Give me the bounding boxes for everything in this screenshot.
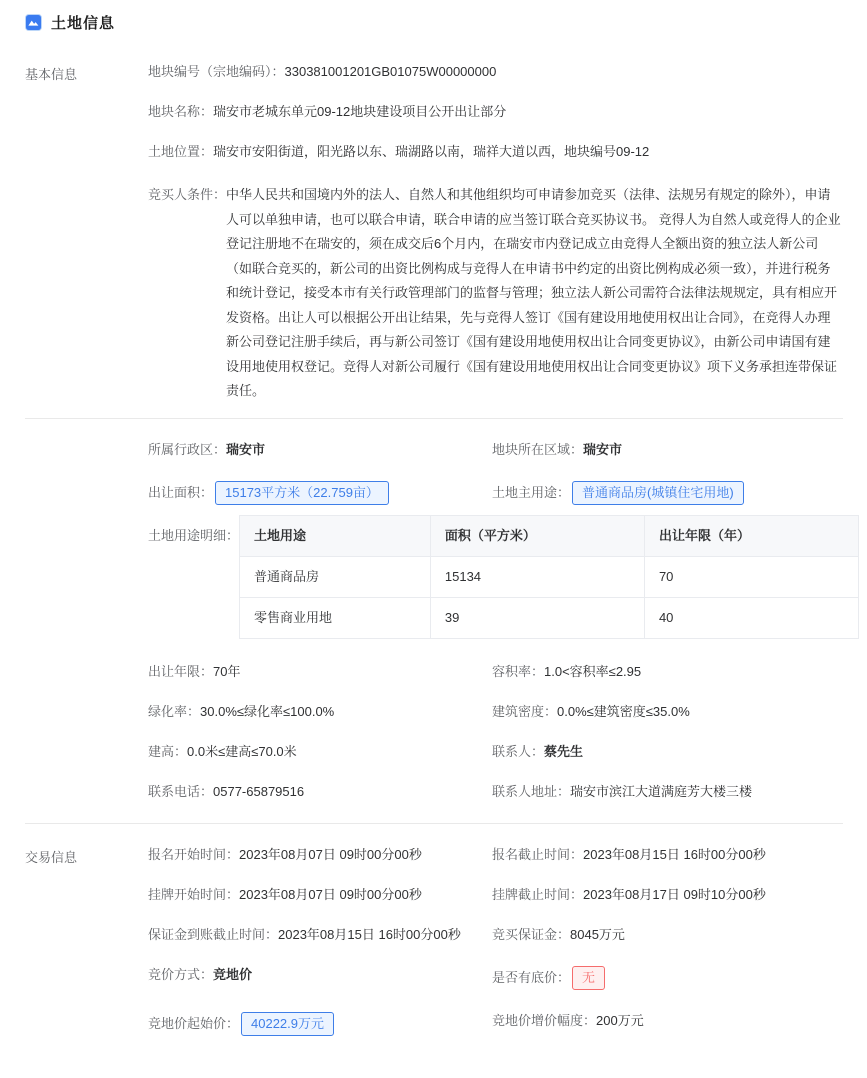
field-value: 2023年08月17日 09时10分00秒	[583, 886, 766, 904]
field-value: 330381001201GB01075W00000000	[285, 63, 497, 81]
field-label: 联系电话：	[148, 783, 213, 801]
field-reserve-price: 是否有底价： 无	[492, 966, 843, 990]
field-row: 建高： 0.0米≤建高≤70.0米 联系人： 蔡先生	[148, 743, 843, 761]
field-label: 竞买保证金：	[492, 926, 570, 944]
cell-area: 39	[430, 597, 644, 638]
section-label-spacer	[25, 441, 148, 823]
field-label: 是否有底价：	[492, 969, 570, 987]
field-value: 瑞安市安阳街道，阳光路以东、瑞湖路以南，瑞祥大道以西，地块编号09-12	[213, 143, 649, 161]
field-label: 土地主用途：	[492, 484, 570, 502]
field-value: 70年	[213, 663, 240, 681]
field-label: 保证金到账截止时间：	[148, 926, 278, 944]
field-parcel-name: 地块名称： 瑞安市老城东单元09-12地块建设项目公开出让部分	[148, 103, 843, 121]
field-building-height: 建高： 0.0米≤建高≤70.0米	[148, 743, 492, 761]
field-value: 8045万元	[570, 926, 625, 944]
field-row: 联系电话： 0577-65879516 联系人地址： 瑞安市滨江大道满庭芳大楼三…	[148, 783, 843, 801]
field-label: 竞买人条件：	[148, 183, 226, 404]
field-listing-end: 挂牌截止时间： 2023年08月17日 09时10分00秒	[492, 886, 843, 904]
field-parcel-code: 地块编号（宗地编码）： 330381001201GB01075W00000000	[148, 63, 843, 81]
field-bidder-conditions: 竞买人条件： 中华人民共和国境内外的法人、自然人和其他组织均可申请参加竞买（法律…	[148, 183, 843, 404]
field-main-use: 土地主用途： 普通商品房(城镇住宅用地)	[492, 481, 843, 505]
field-transfer-area: 出让面积： 15173平方米（22.759亩）	[148, 481, 492, 505]
field-green-rate: 绿化率： 30.0%≤绿化率≤100.0%	[148, 703, 492, 721]
field-value: 2023年08月15日 16时00分00秒	[278, 926, 461, 944]
section-divider	[25, 823, 843, 824]
field-increment: 竞地价增价幅度： 200万元	[492, 1012, 843, 1030]
field-value: 2023年08月07日 09时00分00秒	[239, 846, 422, 864]
field-label: 地块所在区域：	[492, 441, 583, 459]
field-label: 土地用途明细：	[148, 527, 239, 639]
land-use-table: 土地用途 面积（平方米） 出让年限（年） 普通商品房 15134 70 零售商业…	[239, 515, 859, 639]
section-label-basic-info: 基本信息	[25, 63, 148, 418]
cell-land-use: 零售商业用地	[240, 597, 431, 638]
field-start-price: 竞地价起始价： 40222.9万元	[148, 1012, 492, 1036]
field-row: 出让年限： 70年 容积率： 1.0<容积率≤2.95	[148, 663, 843, 681]
field-row: 绿化率： 30.0%≤绿化率≤100.0% 建筑密度： 0.0%≤建筑密度≤35…	[148, 703, 843, 721]
field-label: 所属行政区：	[148, 441, 226, 459]
field-label: 报名开始时间：	[148, 846, 239, 864]
table-header-row: 土地用途 面积（平方米） 出让年限（年）	[240, 515, 859, 556]
field-parcel-region: 地块所在区域： 瑞安市	[492, 441, 843, 459]
field-value: 2023年08月07日 09时00分00秒	[239, 886, 422, 904]
page-header: 土地信息	[25, 12, 843, 33]
section-divider	[25, 418, 843, 419]
field-row: 竞地价起始价： 40222.9万元 竞地价增价幅度： 200万元	[148, 1012, 843, 1036]
field-value: 1.0<容积率≤2.95	[544, 663, 641, 681]
cell-area: 15134	[430, 556, 644, 597]
field-value: 0577-65879516	[213, 783, 304, 801]
field-label: 挂牌截止时间：	[492, 886, 583, 904]
reserve-price-tag: 无	[572, 966, 605, 990]
field-label: 竞地价起始价：	[148, 1015, 239, 1033]
cell-years: 40	[644, 597, 858, 638]
col-header-land-use: 土地用途	[240, 515, 431, 556]
field-label: 容积率：	[492, 663, 544, 681]
field-label: 挂牌开始时间：	[148, 886, 239, 904]
basic-info-section: 基本信息 地块编号（宗地编码）： 330381001201GB01075W000…	[25, 63, 843, 418]
field-value: 蔡先生	[544, 743, 583, 761]
field-building-density: 建筑密度： 0.0%≤建筑密度≤35.0%	[492, 703, 843, 721]
table-row: 普通商品房 15134 70	[240, 556, 859, 597]
field-value: 0.0%≤建筑密度≤35.0%	[557, 703, 690, 721]
field-row: 出让面积： 15173平方米（22.759亩） 土地主用途： 普通商品房(城镇住…	[148, 481, 843, 505]
field-phone: 联系电话： 0577-65879516	[148, 783, 492, 801]
field-label: 建高：	[148, 743, 187, 761]
cell-land-use: 普通商品房	[240, 556, 431, 597]
field-transfer-years: 出让年限： 70年	[148, 663, 492, 681]
field-deposit-deadline: 保证金到账截止时间： 2023年08月15日 16时00分00秒	[148, 926, 492, 944]
field-label: 联系人地址：	[492, 783, 570, 801]
field-contact-address: 联系人地址： 瑞安市滨江大道满庭芳大楼三楼	[492, 783, 843, 801]
picture-icon	[25, 14, 42, 31]
field-listing-start: 挂牌开始时间： 2023年08月07日 09时00分00秒	[148, 886, 492, 904]
field-row: 竞价方式： 竞地价 是否有底价： 无	[148, 966, 843, 990]
basic-info-section-details: 所属行政区： 瑞安市 地块所在区域： 瑞安市 出让面积： 15173平方米（22…	[25, 441, 843, 823]
field-plot-ratio: 容积率： 1.0<容积率≤2.95	[492, 663, 843, 681]
field-value: 瑞安市老城东单元09-12地块建设项目公开出让部分	[213, 103, 506, 121]
field-value: 2023年08月15日 16时00分00秒	[583, 846, 766, 864]
field-label: 竞价方式：	[148, 966, 213, 984]
page-title: 土地信息	[51, 12, 115, 33]
field-value: 30.0%≤绿化率≤100.0%	[200, 703, 334, 721]
transfer-area-tag: 15173平方米（22.759亩）	[215, 481, 389, 505]
field-value: 200万元	[596, 1012, 644, 1030]
main-use-tag: 普通商品房(城镇住宅用地)	[572, 481, 744, 505]
field-label: 建筑密度：	[492, 703, 557, 721]
field-value: 中华人民共和国境内外的法人、自然人和其他组织均可申请参加竞买（法律、法规另有规定…	[226, 183, 843, 404]
field-label: 竞地价增价幅度：	[492, 1012, 596, 1030]
field-label: 出让年限：	[148, 663, 213, 681]
field-row: 所属行政区： 瑞安市 地块所在区域： 瑞安市	[148, 441, 843, 459]
field-bid-method: 竞价方式： 竞地价	[148, 966, 492, 984]
field-value: 瑞安市	[226, 441, 265, 459]
col-header-years: 出让年限（年）	[644, 515, 858, 556]
field-value: 瑞安市	[583, 441, 622, 459]
field-label: 联系人：	[492, 743, 544, 761]
field-row: 保证金到账截止时间： 2023年08月15日 16时00分00秒 竞买保证金： …	[148, 926, 843, 944]
field-label: 土地位置：	[148, 143, 213, 161]
trade-info-section: 交易信息 报名开始时间： 2023年08月07日 09时00分00秒 报名截止时…	[25, 846, 843, 1058]
table-row: 零售商业用地 39 40	[240, 597, 859, 638]
field-row: 挂牌开始时间： 2023年08月07日 09时00分00秒 挂牌截止时间： 20…	[148, 886, 843, 904]
field-label: 地块名称：	[148, 103, 213, 121]
field-value: 竞地价	[213, 966, 252, 984]
field-value: 0.0米≤建高≤70.0米	[187, 743, 297, 761]
field-land-location: 土地位置： 瑞安市安阳街道，阳光路以东、瑞湖路以南，瑞祥大道以西，地块编号09-…	[148, 143, 843, 161]
field-value: 瑞安市滨江大道满庭芳大楼三楼	[570, 783, 752, 801]
field-contact: 联系人： 蔡先生	[492, 743, 843, 761]
field-label: 地块编号（宗地编码）：	[148, 63, 285, 81]
col-header-area: 面积（平方米）	[430, 515, 644, 556]
field-admin-region: 所属行政区： 瑞安市	[148, 441, 492, 459]
start-price-tag: 40222.9万元	[241, 1012, 334, 1036]
section-label-trade-info: 交易信息	[25, 846, 148, 1058]
cell-years: 70	[644, 556, 858, 597]
field-label: 出让面积：	[148, 484, 213, 502]
field-label: 报名截止时间：	[492, 846, 583, 864]
field-row: 报名开始时间： 2023年08月07日 09时00分00秒 报名截止时间： 20…	[148, 846, 843, 864]
field-signup-end: 报名截止时间： 2023年08月15日 16时00分00秒	[492, 846, 843, 864]
field-label: 绿化率：	[148, 703, 200, 721]
field-signup-start: 报名开始时间： 2023年08月07日 09时00分00秒	[148, 846, 492, 864]
field-use-detail: 土地用途明细： 土地用途 面积（平方米） 出让年限（年） 普通商品房 15134…	[148, 527, 843, 639]
field-deposit: 竞买保证金： 8045万元	[492, 926, 843, 944]
